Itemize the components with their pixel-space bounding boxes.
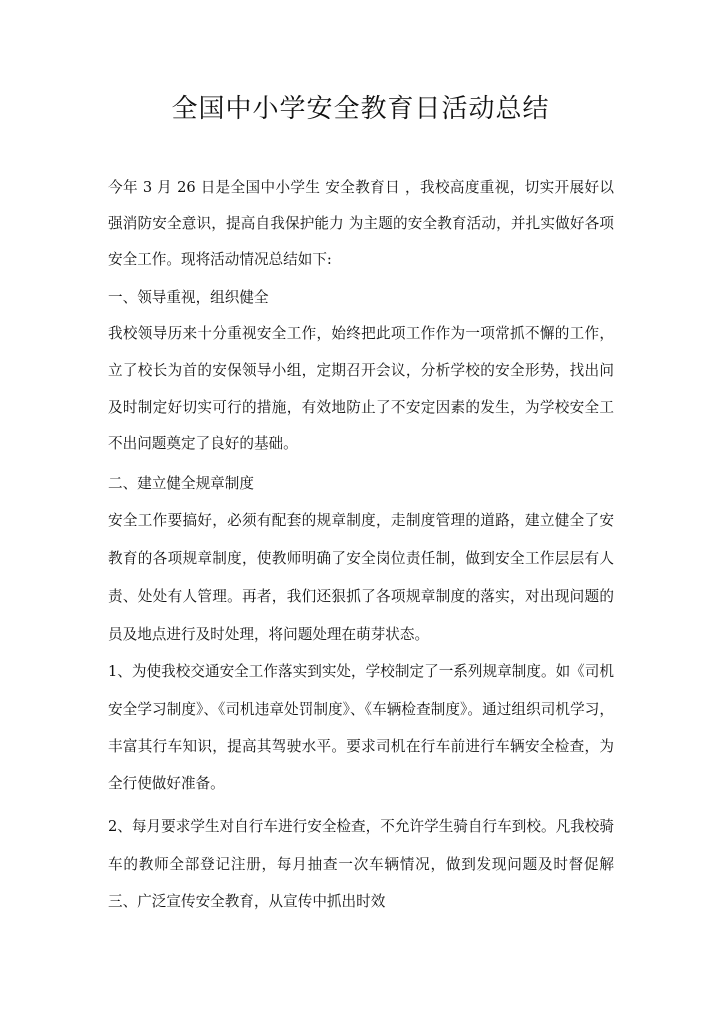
text-line: 员及地点进行及时处理，将问题处理在萌芽状态。 <box>108 625 614 645</box>
text-line: 丰富其行车知识，提高其驾驶水平。要求司机在行车前进行车辆安全检查，为安 <box>108 737 614 757</box>
text-line: 一、领导重视，组织健全 <box>108 288 614 308</box>
text-line: 立了校长为首的安保领导小组，定期召开会议，分析学校的安全形势，找出问题， <box>108 361 614 381</box>
text-line: 全行使做好准备。 <box>108 774 614 794</box>
text-line: 教育的各项规章制度，使教师明确了安全岗位责任制，做到安全工作层层有人负 <box>108 549 614 569</box>
text-line: 安全学习制度》、《司机违章处罚制度》、《车辆检查制度》。通过组织司机学习， <box>108 700 614 720</box>
text-line: 责、处处有人管理。再者，我们还狠抓了各项规章制度的落实，对出现问题的人 <box>108 587 614 607</box>
text-line: 今年 3 月 26 日是全国中小学生 安全教育日 ，我校高度重视，切实开展好以 … <box>108 178 614 198</box>
text-line: 及时制定好切实可行的措施，有效地防止了不安定因素的发生，为学校安全工作 <box>108 398 614 418</box>
text-line: 二、建立健全规章制度 <box>108 474 614 494</box>
text-line: 我校领导历来十分重视安全工作，始终把此项工作作为一项常抓不懈的工作，成 <box>108 324 614 344</box>
text-line: 车的教师全部登记注册，每月抽查一次车辆情况，做到发现问题及时督促解决。 <box>108 855 614 875</box>
text-line: 不出问题奠定了良好的基础。 <box>108 434 614 454</box>
document-title: 全国中小学安全教育日活动总结 <box>0 88 721 125</box>
text-line: 安全工作要搞好，必须有配套的规章制度，走制度管理的道路，建立健全了安全 <box>108 511 614 531</box>
text-line: 三、广泛宣传安全教育，从宣传中抓出时效 <box>108 892 614 912</box>
text-line: 安全工作。现将活动情况总结如下: <box>108 250 614 270</box>
text-line: 强消防安全意识，提高自我保护能力 为主题的安全教育活动，并扎实做好各项 <box>108 214 614 234</box>
text-line: 1、为使我校交通安全工作落实到实处，学校制定了一系列规章制度。如《司机 <box>108 662 614 682</box>
text-line: 2、每月要求学生对自行车进行安全检查，不允许学生骑自行车到校。凡我校骑 <box>108 817 614 837</box>
